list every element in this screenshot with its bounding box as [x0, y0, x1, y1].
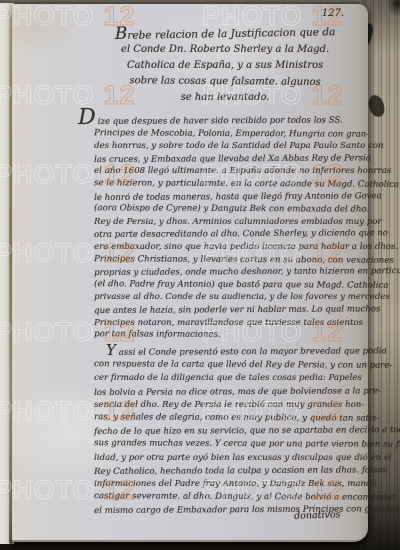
body-line: el año 1608 llegó ultimamte. a España ad…: [94, 165, 400, 178]
heading-line: el Conde Dn. Roberto Sherley a la Magd.: [100, 42, 350, 58]
manuscript-paragraph-1: Dize que despues de haver sido recibido …: [94, 111, 400, 342]
body-line: Principes de Moscobia, Polonia, Emperado…: [94, 127, 400, 141]
body-line: cer firmado de la diligencia que de tale…: [94, 372, 400, 385]
body-line: sus grandes muchas vezes. Y cerca que po…: [94, 438, 400, 453]
body-line: (aora Obispo de Cyrene) y Danguiz Bek co…: [94, 202, 400, 216]
manuscript-photo: 127. Brebe relacion de la Justificacion …: [0, 0, 400, 550]
body-line: lidad, y por otra parte oyó bien las exc…: [94, 452, 400, 465]
body-line: por tan falsas informaciones.: [94, 328, 400, 342]
heading-line: sobre las cosas que falsamte. algunos: [100, 73, 350, 91]
heading-line: se han levantado.: [100, 90, 350, 106]
manuscript-page: 127. Brebe relacion de la Justificacion …: [12, 4, 368, 542]
body-line: los bolvio a Persia no dice otras, mas d…: [94, 385, 400, 400]
page-number: 127.: [322, 8, 344, 19]
heading-line: Catholica de España, y a sus Ministros: [100, 58, 350, 74]
body-line: que antes le hazia, sin poderle ver ni h…: [94, 303, 400, 318]
body-line: era embaxador, sino que havia pedido lic…: [94, 241, 400, 254]
body-line: Y assi el Conde presentó esto con la may…: [106, 342, 400, 360]
body-line: informaciones del Padre fray Antonio, y …: [94, 478, 400, 491]
heading-line: Brebe relacion de la Justificacion que d…: [100, 22, 350, 44]
body-line: el mismo cargo de Embaxador para los mis…: [94, 503, 400, 518]
body-line: las cruces, y Embaxada que llevaba del X…: [94, 152, 400, 167]
body-line: se le hizieron, y particularmte. en la c…: [94, 177, 400, 191]
fore-edge-corner-shadow: [382, 0, 400, 22]
body-line: Principes notaron, maravillandose que tu…: [94, 317, 400, 330]
body-line: otra parte desacreditando al dho. Conde …: [94, 227, 400, 242]
body-line: Dize que despues de haver sido recibido …: [78, 110, 400, 129]
body-line: privasse al dho. Conde de su audiencia, …: [94, 291, 400, 304]
manuscript-heading: Brebe relacion de la Justificacion que d…: [100, 24, 350, 106]
body-line: sencia del dho. Rey de Persia le recibió…: [94, 399, 400, 412]
closing-word: donativos: [293, 509, 340, 522]
manuscript-paragraph-2: Y assi el Conde presentó esto con la may…: [94, 343, 400, 518]
body-line: Rey Catholico, hechando toda la culpa y …: [94, 464, 400, 479]
body-line: des honrras, y sobre todo de la Santidad…: [94, 140, 400, 153]
body-line: (el dho. Padre fray Antonio) que bastó p…: [94, 278, 400, 292]
body-line: con respuesta de la carta que llevó del …: [94, 358, 400, 373]
